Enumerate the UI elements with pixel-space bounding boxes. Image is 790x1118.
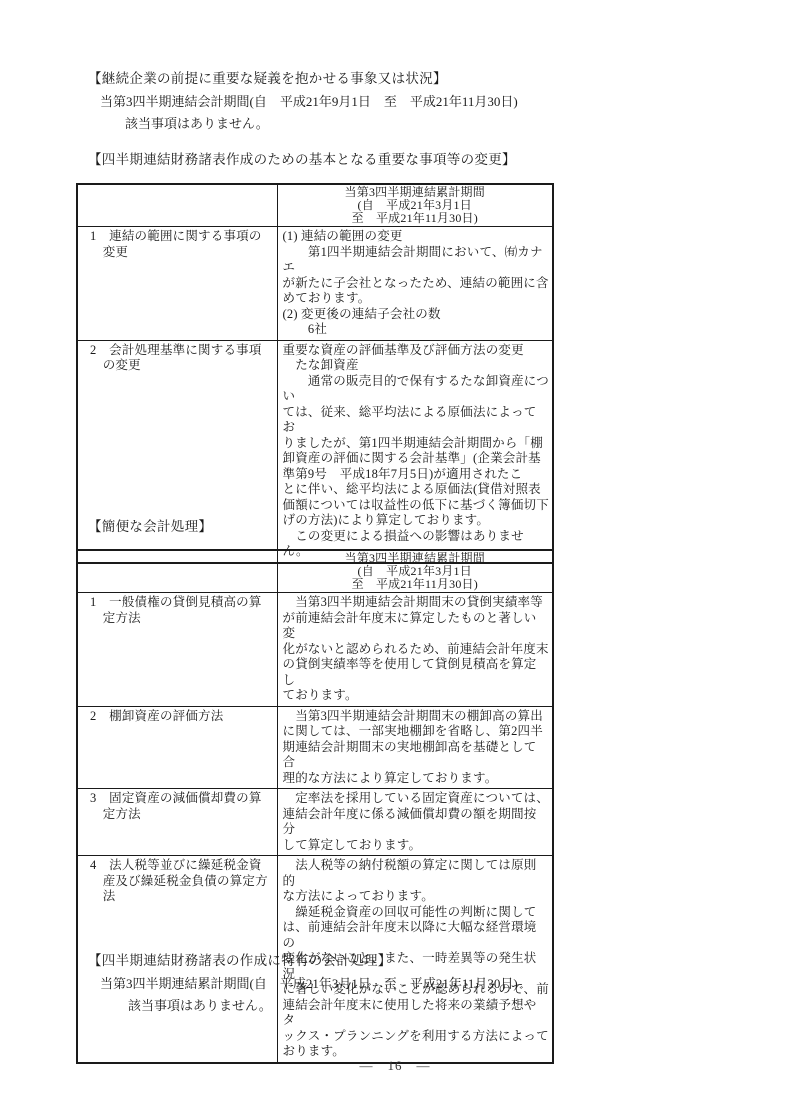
page-number: ― 16 ― (0, 1055, 790, 1074)
going-concern-title: 【継続企業の前提に重要な疑義を抱かせる事象又は状況】 (88, 70, 447, 87)
row-item-label: 2 棚卸資産の評価方法 (77, 706, 277, 789)
row-item-label: 1 連結の範囲に関する事項の 変更 (77, 227, 277, 341)
changes-table: 当第3四半期連結累計期間 (自 平成21年3月1日 至 平成21年11月30日)… (76, 183, 554, 564)
table-row: 2 棚卸資産の評価方法 当第3四半期連結会計期間末の棚卸高の算出 に関しては、一… (77, 706, 553, 789)
specific-note: 該当事項はありません。 (128, 998, 272, 1014)
row-content-text: 定率法を採用している固定資産については、 連結会計年度に係る減価償却費の額を期間… (277, 789, 553, 856)
simplified-table-header-row: 当第3四半期連結累計期間 (自 平成21年3月1日 至 平成21年11月30日) (77, 550, 553, 593)
going-concern-period: 当第3四半期連結会計期間(自 平成21年9月1日 至 平成21年11月30日) (100, 94, 518, 110)
specific-title: 【四半期連結財務諸表の作成に特有の会計処理】 (88, 952, 392, 969)
changes-header-period-cell: 当第3四半期連結累計期間 (自 平成21年3月1日 至 平成21年11月30日) (277, 184, 553, 227)
table-row: 3 固定資産の減価償却費の算 定方法 定率法を採用している固定資産については、 … (77, 789, 553, 856)
row-content-text: 重要な資産の評価基準及び評価方法の変更 たな卸資産 通常の販売目的で保有するたな… (277, 340, 553, 563)
going-concern-note: 該当事項はありません。 (125, 116, 269, 132)
row-item-label: 1 一般債権の貸倒見積高の算 定方法 (77, 593, 277, 707)
document-page: 【継続企業の前提に重要な疑義を抱かせる事象又は状況】 当第3四半期連結会計期間(… (0, 0, 790, 1118)
row-content-text: 当第3四半期連結会計期間末の貸倒実績率等 が前連結会計年度末に算定したものと著し… (277, 593, 553, 707)
row-item-label: 3 固定資産の減価償却費の算 定方法 (77, 789, 277, 856)
simplified-title: 【簡便な会計処理】 (88, 518, 212, 535)
row-content-text: (1) 連結の範囲の変更 第1四半期連結会計期間において、㈲カナエ が新たに子会… (277, 227, 553, 341)
table-row: 1 一般債権の貸倒見積高の算 定方法 当第3四半期連結会計期間末の貸倒実績率等 … (77, 593, 553, 707)
simplified-header-empty-cell (77, 550, 277, 593)
table-row: 1 連結の範囲に関する事項の 変更 (1) 連結の範囲の変更 第1四半期連結会計… (77, 227, 553, 341)
changes-header-empty-cell (77, 184, 277, 227)
simplified-header-period-cell: 当第3四半期連結累計期間 (自 平成21年3月1日 至 平成21年11月30日) (277, 550, 553, 593)
specific-period: 当第3四半期連結累計期間(自 平成21年3月1日 至 平成21年11月30日) (100, 976, 518, 992)
changes-title: 【四半期連結財務諸表作成のための基本となる重要な事項等の変更】 (88, 151, 516, 168)
row-content-text: 当第3四半期連結会計期間末の棚卸高の算出 に関しては、一部実地棚卸を省略し、第2… (277, 706, 553, 789)
changes-table-header-row: 当第3四半期連結累計期間 (自 平成21年3月1日 至 平成21年11月30日) (77, 184, 553, 227)
